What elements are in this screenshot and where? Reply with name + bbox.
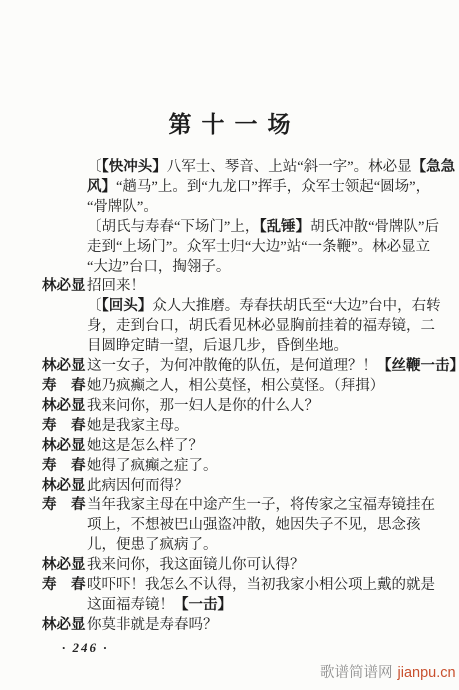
script-line: 风】“趟马”上。到“九龙口”挥手，众军士领起“圆场”， — [87, 178, 459, 198]
speaker-name — [42, 218, 87, 278]
dialogue-text: 我来问你，我这面镜儿你可认得？ — [87, 556, 459, 576]
script-text-segment: 我来问你，我这面镜儿你可认得？ — [87, 557, 305, 573]
script-line: 这面福寿镜！【一击】 — [87, 596, 459, 616]
watermark: 歌谱简谱网jianpu.cn — [320, 661, 456, 682]
speaker-name: 寿 春 — [42, 377, 87, 397]
gong-notation: 【丝鞭一击】 — [377, 358, 459, 374]
script-text-segment: 我来问你，那一妇人是你的什么人？ — [87, 398, 319, 414]
script-text-segment: “趟马”上。到“九龙口”挥手，众军士领起“圆场”， — [116, 179, 430, 195]
gong-notation: 风】 — [87, 179, 116, 195]
script-text-segment: 她得了疯癫之症了。 — [87, 458, 218, 474]
script-line: 她得了疯癫之症了。 — [87, 457, 459, 477]
dialogue-row: 林必显这一女子，为何冲散俺的队伍，是何道理？！【丝鞭一击】 — [0, 357, 459, 377]
speaker-name: 林必显 — [42, 616, 87, 636]
script-text-segment: 这面福寿镜！ — [87, 597, 174, 613]
script-body: 〔【快冲头】八军士、琴音、上站“斜一字”。林必显【急急风】“趟马”上。到“九龙口… — [0, 158, 459, 636]
script-text-segment: “骨牌队”。 — [87, 199, 158, 215]
direction-text: 〔【回头】众人大推磨。寿春扶胡氏至“大边”台中，右转身，走到台口，胡氏看见林必显… — [87, 297, 459, 357]
direction-row: 〔【快冲头】八军士、琴音、上站“斜一字”。林必显【急急风】“趟马”上。到“九龙口… — [0, 158, 459, 218]
dialogue-row: 林必显此病因何而得？ — [0, 477, 459, 497]
script-line: 我来问你，我这面镜儿你可认得？ — [87, 556, 459, 576]
speaker-name: 林必显 — [42, 397, 87, 417]
script-text-segment: 当年我家主母在中途产生一子，将传家之宝福寿镜挂在 — [87, 497, 435, 513]
script-line: 身，走到台口，胡氏看见林必显胸前挂着的福寿镜，二 — [87, 317, 459, 337]
watermark-site-url: jianpu.cn — [398, 665, 456, 681]
page-number: · 246 · — [62, 640, 109, 656]
scene-title: 第十一场 — [0, 0, 459, 139]
speaker-name: 林必显 — [42, 357, 87, 377]
speaker-name — [42, 297, 87, 357]
dialogue-text: 她乃疯癫之人，相公莫怪，相公莫怪。（拜揖） — [87, 377, 459, 397]
script-line: 招回来！ — [87, 277, 459, 297]
script-line: 〔【快冲头】八军士、琴音、上站“斜一字”。林必显【急急 — [87, 158, 459, 178]
dialogue-text: 招回来！ — [87, 277, 459, 297]
script-text-segment: 哎吓吓！我怎么不认得，当初我家小相公项上戴的就是 — [87, 577, 435, 593]
script-line: 当年我家主母在中途产生一子，将传家之宝福寿镜挂在 — [87, 496, 459, 516]
script-text-segment: 儿，便患了疯病了。 — [87, 537, 218, 553]
speaker-name: 寿 春 — [42, 496, 87, 556]
script-line: 这一女子，为何冲散俺的队伍，是何道理？！【丝鞭一击】 — [87, 357, 459, 377]
script-line: 她乃疯癫之人，相公莫怪，相公莫怪。（拜揖） — [87, 377, 459, 397]
dialogue-row: 林必显我来问你，我这面镜儿你可认得？ — [0, 556, 459, 576]
script-line: 我来问你，那一妇人是你的什么人？ — [87, 397, 459, 417]
script-text-segment: 此病因何而得？ — [87, 478, 189, 494]
script-text-segment: 项上，不想被巴山强盗冲散，她因失子不见，思念孩 — [87, 517, 421, 533]
dialogue-text: 当年我家主母在中途产生一子，将传家之宝福寿镜挂在项上，不想被巴山强盗冲散，她因失… — [87, 496, 459, 556]
dialogue-text: 她是我家主母。 — [87, 417, 459, 437]
script-line: 〔【回头】众人大推磨。寿春扶胡氏至“大边”台中，右转 — [87, 297, 459, 317]
script-line: 〔胡氏与寿春“下场门”上，【乱锤】胡氏冲散“骨牌队”后 — [87, 218, 459, 238]
script-text-segment: 胡氏冲散“骨牌队”后 — [310, 219, 439, 235]
script-text-segment: 走到“上场门”。众军士归“大边”站“一条鞭”。林必显立 — [87, 239, 430, 255]
dialogue-text: 你莫非就是寿春吗？ — [87, 616, 459, 636]
speaker-name: 林必显 — [42, 477, 87, 497]
speaker-name: 寿 春 — [42, 576, 87, 616]
dialogue-row: 寿 春她是我家主母。 — [0, 417, 459, 437]
direction-text: 〔【快冲头】八军士、琴音、上站“斜一字”。林必显【急急风】“趟马”上。到“九龙口… — [87, 158, 459, 218]
direction-row: 〔胡氏与寿春“下场门”上，【乱锤】胡氏冲散“骨牌队”后走到“上场门”。众军士归“… — [0, 218, 459, 278]
script-text-segment: 目圆睁定睛一望，后退几步，昏倒坐地。 — [87, 338, 348, 354]
script-line: 哎吓吓！我怎么不认得，当初我家小相公项上戴的就是 — [87, 576, 459, 596]
dialogue-text: 我来问你，那一妇人是你的什么人？ — [87, 397, 459, 417]
speaker-name: 寿 春 — [42, 457, 87, 477]
dialogue-text: 她得了疯癫之症了。 — [87, 457, 459, 477]
dialogue-row: 林必显你莫非就是寿春吗？ — [0, 616, 459, 636]
script-line: 儿，便患了疯病了。 — [87, 536, 459, 556]
script-line: 目圆睁定睛一望，后退几步，昏倒坐地。 — [87, 337, 459, 357]
script-text-segment: 身，走到台口，胡氏看见林必显胸前挂着的福寿镜，二 — [87, 318, 435, 334]
script-text-segment: 这一女子，为何冲散俺的队伍，是何道理？！ — [87, 358, 377, 374]
script-line: 项上，不想被巴山强盗冲散，她因失子不见，思念孩 — [87, 516, 459, 536]
script-text-segment: 〔胡氏与寿春“下场门”上， — [87, 219, 259, 235]
dialogue-row: 寿 春她乃疯癫之人，相公莫怪，相公莫怪。（拜揖） — [0, 377, 459, 397]
dialogue-text: 她这是怎么样了？ — [87, 437, 459, 457]
speaker-name: 林必显 — [42, 277, 87, 297]
gong-notation: 【急急 — [412, 159, 456, 175]
speaker-name: 林必显 — [42, 437, 87, 457]
script-line: 你莫非就是寿春吗？ — [87, 616, 459, 636]
speaker-name — [42, 158, 87, 218]
dialogue-row: 寿 春当年我家主母在中途产生一子，将传家之宝福寿镜挂在项上，不想被巴山强盗冲散，… — [0, 496, 459, 556]
script-text-segment: 招回来！ — [87, 278, 145, 294]
dialogue-row: 寿 春哎吓吓！我怎么不认得，当初我家小相公项上戴的就是这面福寿镜！【一击】 — [0, 576, 459, 616]
script-line: 她这是怎么样了？ — [87, 437, 459, 457]
script-text-segment: 众人大推磨。寿春扶胡氏至“大边”台中，右转 — [152, 298, 440, 314]
script-line: 走到“上场门”。众军士归“大边”站“一条鞭”。林必显立 — [87, 238, 459, 258]
script-line: 此病因何而得？ — [87, 477, 459, 497]
script-line: 她是我家主母。 — [87, 417, 459, 437]
speaker-name: 林必显 — [42, 556, 87, 576]
dialogue-text: 这一女子，为何冲散俺的队伍，是何道理？！【丝鞭一击】 — [87, 357, 459, 377]
script-line: “骨牌队”。 — [87, 198, 459, 218]
dialogue-row: 林必显招回来！ — [0, 277, 459, 297]
script-text-segment: 你莫非就是寿春吗？ — [87, 617, 218, 633]
script-text-segment: 〔 — [87, 159, 102, 175]
dialogue-row: 寿 春她得了疯癫之症了。 — [0, 457, 459, 477]
direction-row: 〔【回头】众人大推磨。寿春扶胡氏至“大边”台中，右转身，走到台口，胡氏看见林必显… — [0, 297, 459, 357]
speaker-name: 寿 春 — [42, 417, 87, 437]
scanned-script-page: 第十一场 〔【快冲头】八军士、琴音、上站“斜一字”。林必显【急急风】“趟马”上。… — [0, 0, 459, 690]
script-text-segment: 她这是怎么样了？ — [87, 438, 203, 454]
dialogue-row: 林必显我来问你，那一妇人是你的什么人？ — [0, 397, 459, 417]
dialogue-text: 此病因何而得？ — [87, 477, 459, 497]
script-text-segment: 她乃疯癫之人，相公莫怪，相公莫怪。（拜揖） — [87, 378, 384, 394]
dialogue-row: 林必显她这是怎么样了？ — [0, 437, 459, 457]
script-text-segment: 八军士、琴音、上站“斜一字”。林必显 — [167, 159, 412, 175]
script-text-segment: 〔 — [87, 298, 102, 314]
gong-notation: 【快冲头】 — [102, 159, 167, 175]
script-text-segment: 她是我家主母。 — [87, 418, 189, 434]
gong-notation: 【一击】 — [174, 597, 232, 613]
gong-notation: 【回头】 — [102, 298, 153, 314]
script-text-segment: “大边”台口，掏翎子。 — [87, 259, 230, 275]
gong-notation: 【乱锤】 — [259, 219, 310, 235]
watermark-site-name: 歌谱简谱网 — [320, 665, 393, 681]
direction-text: 〔胡氏与寿春“下场门”上，【乱锤】胡氏冲散“骨牌队”后走到“上场门”。众军士归“… — [87, 218, 459, 278]
script-line: “大边”台口，掏翎子。 — [87, 258, 459, 278]
dialogue-text: 哎吓吓！我怎么不认得，当初我家小相公项上戴的就是这面福寿镜！【一击】 — [87, 576, 459, 616]
